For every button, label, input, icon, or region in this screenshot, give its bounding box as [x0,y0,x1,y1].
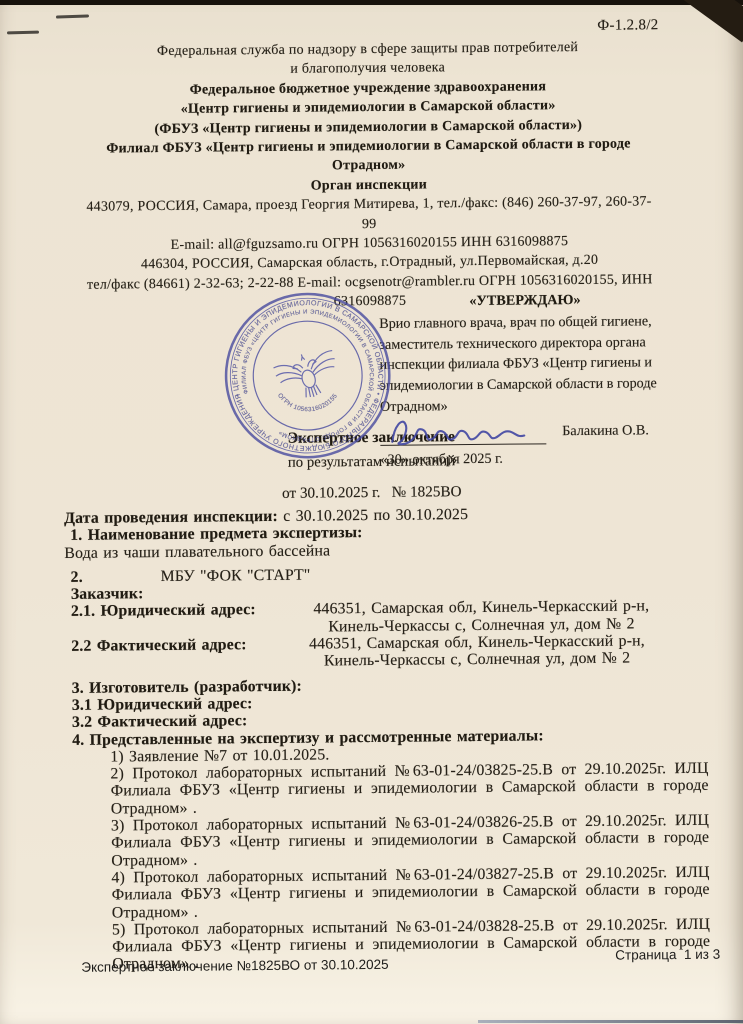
inspection-dates-value: с 30.10.2025 по 30.10.2025 [283,506,468,525]
document-date-number: от 30.10.2025 г. № 1825ВО [86,481,658,504]
legal-address-label: 2.1. Юридический адрес: [71,602,256,638]
document-body: Дата проведения инспекции: с 30.10.2025 … [64,504,710,974]
legal-address-value: 446351, Самарская обл, Кинель-Черкасский… [256,597,708,636]
inspection-dates-label: Дата проведения инспекции: [64,508,278,527]
org-branch-line: Филиал ФБУЗ «Центр гигиены и эпидемиолог… [82,134,654,178]
approver-name: Балакина О.В. [562,420,649,444]
material-item: 3) Протокол лабораторных испытаний №63-0… [111,812,709,870]
scan-edge-top [0,0,743,5]
footer-document-ref: Экспертное заключение №1825ВО от 30.10.2… [81,957,388,975]
signature-scribble [386,414,532,449]
scan-edge-bottom [478,1020,743,1023]
svg-text:ОГРН 1056316020155: ОГРН 1056316020155 [275,377,341,422]
actual-address-value: 446351, Самарская обл, Кинель-Черкасский… [247,632,708,671]
section-2-heading: 2. Заказчик: [71,568,161,603]
footer-page-number: Страница 1 из 3 [615,947,720,963]
approval-title: «УТВЕРЖДАЮ» [379,289,671,313]
material-item: 2) Протокол лабораторных испытаний №63-0… [110,760,708,818]
org-address-line: 443079, РОССИЯ, Самара, проезд Георгия М… [83,193,655,237]
approver-position: Врио главного врача, врач по общей гигие… [379,311,672,418]
document-content: Ф-1.2.8/2 Федеральная служба по надзору … [0,0,743,1024]
stamp-ogrn-text: ОГРН 1056316020155 [275,377,341,422]
approval-block: «УТВЕРЖДАЮ» Врио главного врача, врач по… [379,289,673,470]
actual-address-row: 2.2 Фактический адрес: 446351, Самарская… [65,632,707,673]
form-code: Ф-1.2.8/2 [597,17,658,35]
document-header: Федеральная служба по надзору в сфере за… [81,37,656,314]
customer-name: МБУ "ФОК "СТАРТ" [161,566,311,602]
signature-row: Балакина О.В. [380,416,672,446]
signature-line [380,417,546,446]
scanned-document-page: Ф-1.2.8/2 Федеральная служба по надзору … [0,0,743,1024]
material-item: 4) Протокол лабораторных испытаний №63-0… [111,864,709,922]
round-stamp-icon: • ЦЕНТР ГИГИЕНЫ И ЭПИДЕМИОЛОГИИ В САМАРС… [222,290,394,462]
actual-address-label: 2.2 Фактический адрес: [71,636,247,672]
approval-date: «30» октября 2025 г. [380,447,672,471]
